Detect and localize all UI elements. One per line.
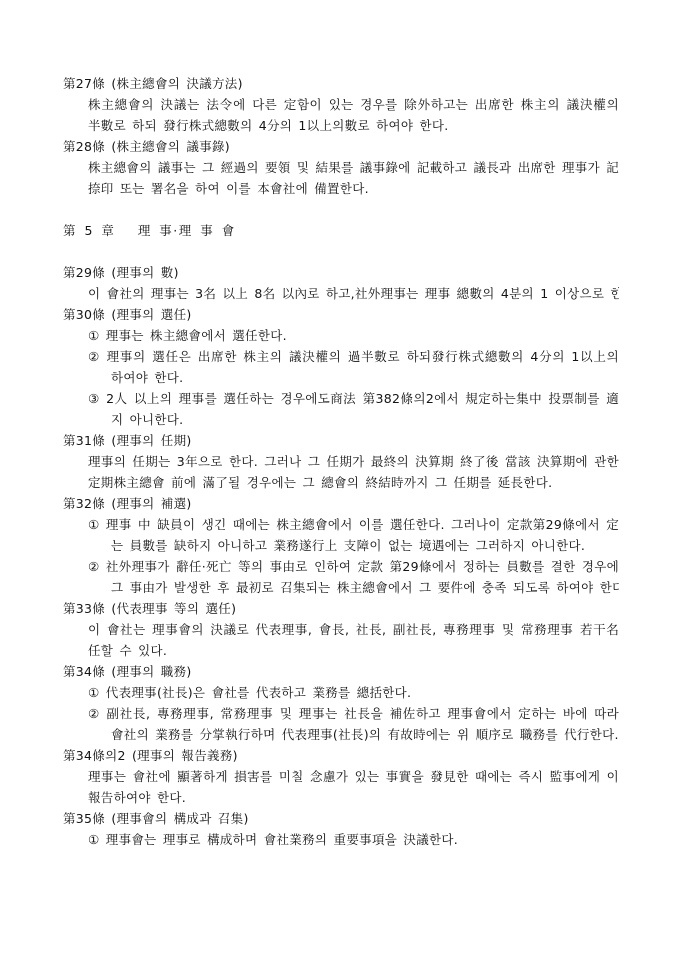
- article-31-body: 理事의 任期는 3年으로 한다. 그러나 그 任期가 最終의 決算期 終了後 當…: [63, 451, 619, 472]
- document-body: 第27條 (株主總會의 決議方法)株主總會의 決議는 法令에 다른 定함이 있는…: [63, 73, 619, 850]
- article-33-body: 이 會社는 理事會의 決議로 代表理事, 會長, 社長, 副社長, 專務理事 및…: [63, 619, 619, 640]
- article-27-heading: 第27條 (株主總會의 決議方法): [63, 73, 619, 94]
- article-32-heading: 第32條 (理事의 補選): [63, 493, 619, 514]
- article-34-2-heading: 第34條의2 (理事의 報告義務): [63, 745, 619, 766]
- article-34-heading: 第34條 (理事의 職務): [63, 661, 619, 682]
- article-30-item-3: 지 아니한다.: [63, 409, 619, 430]
- article-32-item-1: 는 員數를 缺하지 아니하고 業務遂行上 支障이 없는 境遇에는 그러하지 아니…: [63, 535, 619, 556]
- article-29-heading: 第29條 (理事의 數): [63, 262, 619, 283]
- article-31-heading: 第31條 (理事의 任期): [63, 430, 619, 451]
- article-30-item-1: ① 理事는 株主總會에서 選任한다.: [63, 325, 619, 346]
- article-34-item-2: ② 副社長, 專務理事, 常務理事 및 理事는 社長을 補佐하고 理事會에서 定…: [63, 703, 619, 724]
- article-35-item-1: ① 理事會는 理事로 構成하며 會社業務의 重要事項을 決議한다.: [63, 829, 619, 850]
- article-34-2-body: 理事는 會社에 顯著하게 損害를 미칠 念慮가 있는 事實을 發見한 때에는 즉…: [63, 766, 619, 787]
- article-28-body: 株主總會의 議事는 그 經過의 要領 및 結果를 議事錄에 記載하고 議長과 出…: [63, 157, 619, 178]
- document-page: 第27條 (株主總會의 決議方法)株主總會의 決議는 法令에 다른 定함이 있는…: [0, 0, 680, 962]
- article-30-heading: 第30條 (理事의 選任): [63, 304, 619, 325]
- article-34-item-2: 會社의 業務를 分掌執行하며 代表理事(社長)의 有故時에는 위 順序로 職務를…: [63, 724, 619, 745]
- article-29-body: 이 會社의 理事는 3名 以上 8名 以內로 하고,社外理事는 理事 總數의 4…: [63, 283, 619, 304]
- article-28-body: 捺印 또는 署名을 하여 이를 本會社에 備置한다.: [63, 178, 619, 199]
- article-31-body: 定期株主總會 前에 滿了될 경우에는 그 總會의 終結時까지 그 任期를 延長한…: [63, 472, 619, 493]
- article-28-heading: 第28條 (株主總會의 議事錄): [63, 136, 619, 157]
- article-32-item-2: 그 事由가 발생한 후 最初로 召集되는 株主總會에서 그 要件에 충족 되도록…: [63, 577, 619, 598]
- article-33-body: 任할 수 있다.: [63, 640, 619, 661]
- article-32-item-1: ① 理事 中 缺員이 생긴 때에는 株主總會에서 이를 選任한다. 그러나이 定…: [63, 514, 619, 535]
- article-27-body: 半數로 하되 發行株式總數의 4分의 1以上의數로 하여야 한다.: [63, 115, 619, 136]
- chapter-5-heading: 第 5 章 理 事·理 事 會: [63, 220, 619, 241]
- blank-line: [63, 199, 619, 220]
- article-30-item-2: ② 理事의 選任은 出席한 株主의 議決權의 過半數로 하되發行株式總數의 4分…: [63, 346, 619, 367]
- article-33-heading: 第33條 (代表理事 等의 選任): [63, 598, 619, 619]
- blank-line: [63, 241, 619, 262]
- article-32-item-2: ② 社外理事가 辭任·死亡 等의 事由로 인하여 定款 第29條에서 정하는 員…: [63, 556, 619, 577]
- article-30-item-3: ③ 2人 以上의 理事를 選任하는 경우에도商法 第382條의2에서 規定하는集…: [63, 388, 619, 409]
- article-34-2-body: 報告하여야 한다.: [63, 787, 619, 808]
- article-34-item-1: ① 代表理事(社長)은 會社를 代表하고 業務를 總括한다.: [63, 682, 619, 703]
- article-35-heading: 第35條 (理事會의 構成과 召集): [63, 808, 619, 829]
- article-30-item-2: 하여야 한다.: [63, 367, 619, 388]
- article-27-body: 株主總會의 決議는 法令에 다른 定함이 있는 경우를 除外하고는 出席한 株主…: [63, 94, 619, 115]
